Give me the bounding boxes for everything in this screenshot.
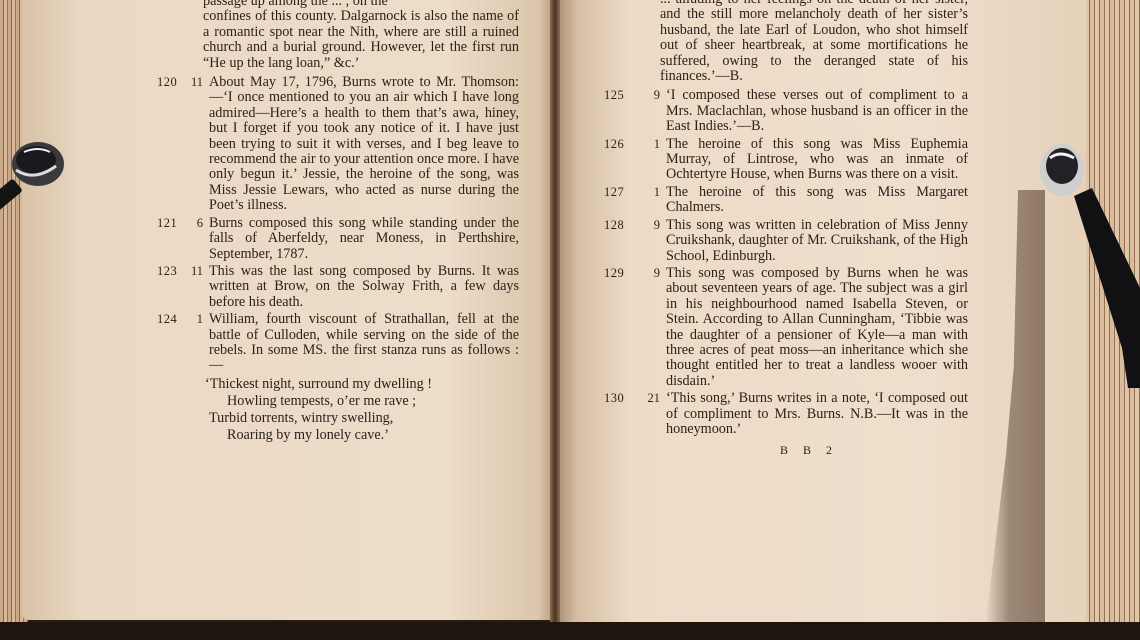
page-clip-left-icon — [0, 130, 74, 240]
page-clip-right-icon — [1030, 138, 1140, 398]
note-page-number: 126 — [604, 137, 644, 183]
note-line-number: 11 — [187, 75, 209, 214]
note-line-number: 21 — [644, 391, 666, 437]
note-entry: 126 1 The heroine of this song was Miss … — [604, 137, 968, 183]
note-line-number: 9 — [644, 266, 666, 389]
note-page-number: 121 — [157, 216, 187, 262]
note-line-number: 1 — [644, 185, 666, 216]
note-entry: 127 1 The heroine of this song was Miss … — [604, 185, 968, 216]
note-text: William, fourth viscount of Strathallan,… — [209, 312, 519, 374]
note-text: The heroine of this song was Miss Margar… — [666, 185, 968, 216]
note-entry: 125 9 ‘I composed these verses out of co… — [604, 88, 968, 134]
continued-text: confines of this county. Dalgarnock is a… — [203, 9, 519, 71]
note-page-number: 125 — [604, 88, 644, 134]
note-page-number: 120 — [157, 75, 187, 214]
note-text: About May 17, 1796, Burns wrote to Mr. T… — [209, 75, 519, 214]
note-entry: 128 9 This song was written in celebrati… — [604, 218, 968, 264]
note-text: This was the last song composed by Burns… — [209, 264, 519, 310]
note-line-number: 11 — [187, 264, 209, 310]
verse-line: Howling tempests, o’er me rave ; — [205, 393, 519, 410]
note-page-number: 129 — [604, 266, 644, 389]
note-text: Burns composed this song while standing … — [209, 216, 519, 262]
note-text: ‘This song,’ Burns writes in a note, ‘I … — [666, 391, 968, 437]
right-page-text: ... alluding to her feelings on the deat… — [604, 0, 968, 459]
note-entry: 120 11 About May 17, 1796, Burns wrote t… — [157, 75, 519, 214]
note-line-number: 9 — [644, 88, 666, 134]
verse-line: Turbid torrents, wintry swelling, — [205, 410, 519, 427]
note-text: ‘I composed these verses out of complime… — [666, 88, 968, 134]
note-line-number: 6 — [187, 216, 209, 262]
note-text: This song was written in celebration of … — [666, 218, 968, 264]
note-page-number: 123 — [157, 264, 187, 310]
note-entry: 130 21 ‘This song,’ Burns writes in a no… — [604, 391, 968, 437]
book-gutter — [550, 0, 560, 640]
note-page-number: 127 — [604, 185, 644, 216]
note-line-number: 1 — [644, 137, 666, 183]
note-line-number: 9 — [644, 218, 666, 264]
note-page-number: 124 — [157, 312, 187, 374]
note-line-number: 1 — [187, 312, 209, 374]
note-text: This song was composed by Burns when he … — [666, 266, 968, 389]
note-entry: 123 11 This was the last song composed b… — [157, 264, 519, 310]
verse-stanza: ‘Thickest night, surround my dwelling ! … — [205, 376, 519, 444]
note-page-number: 130 — [604, 391, 644, 437]
note-entry: 124 1 William, fourth viscount of Strath… — [157, 312, 519, 374]
left-page-text: passage up among the ... , on the confin… — [157, 0, 519, 444]
table-surface — [0, 622, 1140, 640]
note-page-number: 128 — [604, 218, 644, 264]
continued-text: ... alluding to her feelings on the deat… — [660, 0, 968, 84]
note-entry: 121 6 Burns composed this song while sta… — [157, 216, 519, 262]
note-entry: 129 9 This song was composed by Burns wh… — [604, 266, 968, 389]
note-text: The heroine of this song was Miss Euphem… — [666, 137, 968, 183]
verse-line: ‘Thickest night, surround my dwelling ! — [205, 376, 519, 393]
verse-line: Roaring by my lonely cave.’ — [205, 427, 519, 444]
printer-signature-mark: B B 2 — [650, 443, 968, 458]
